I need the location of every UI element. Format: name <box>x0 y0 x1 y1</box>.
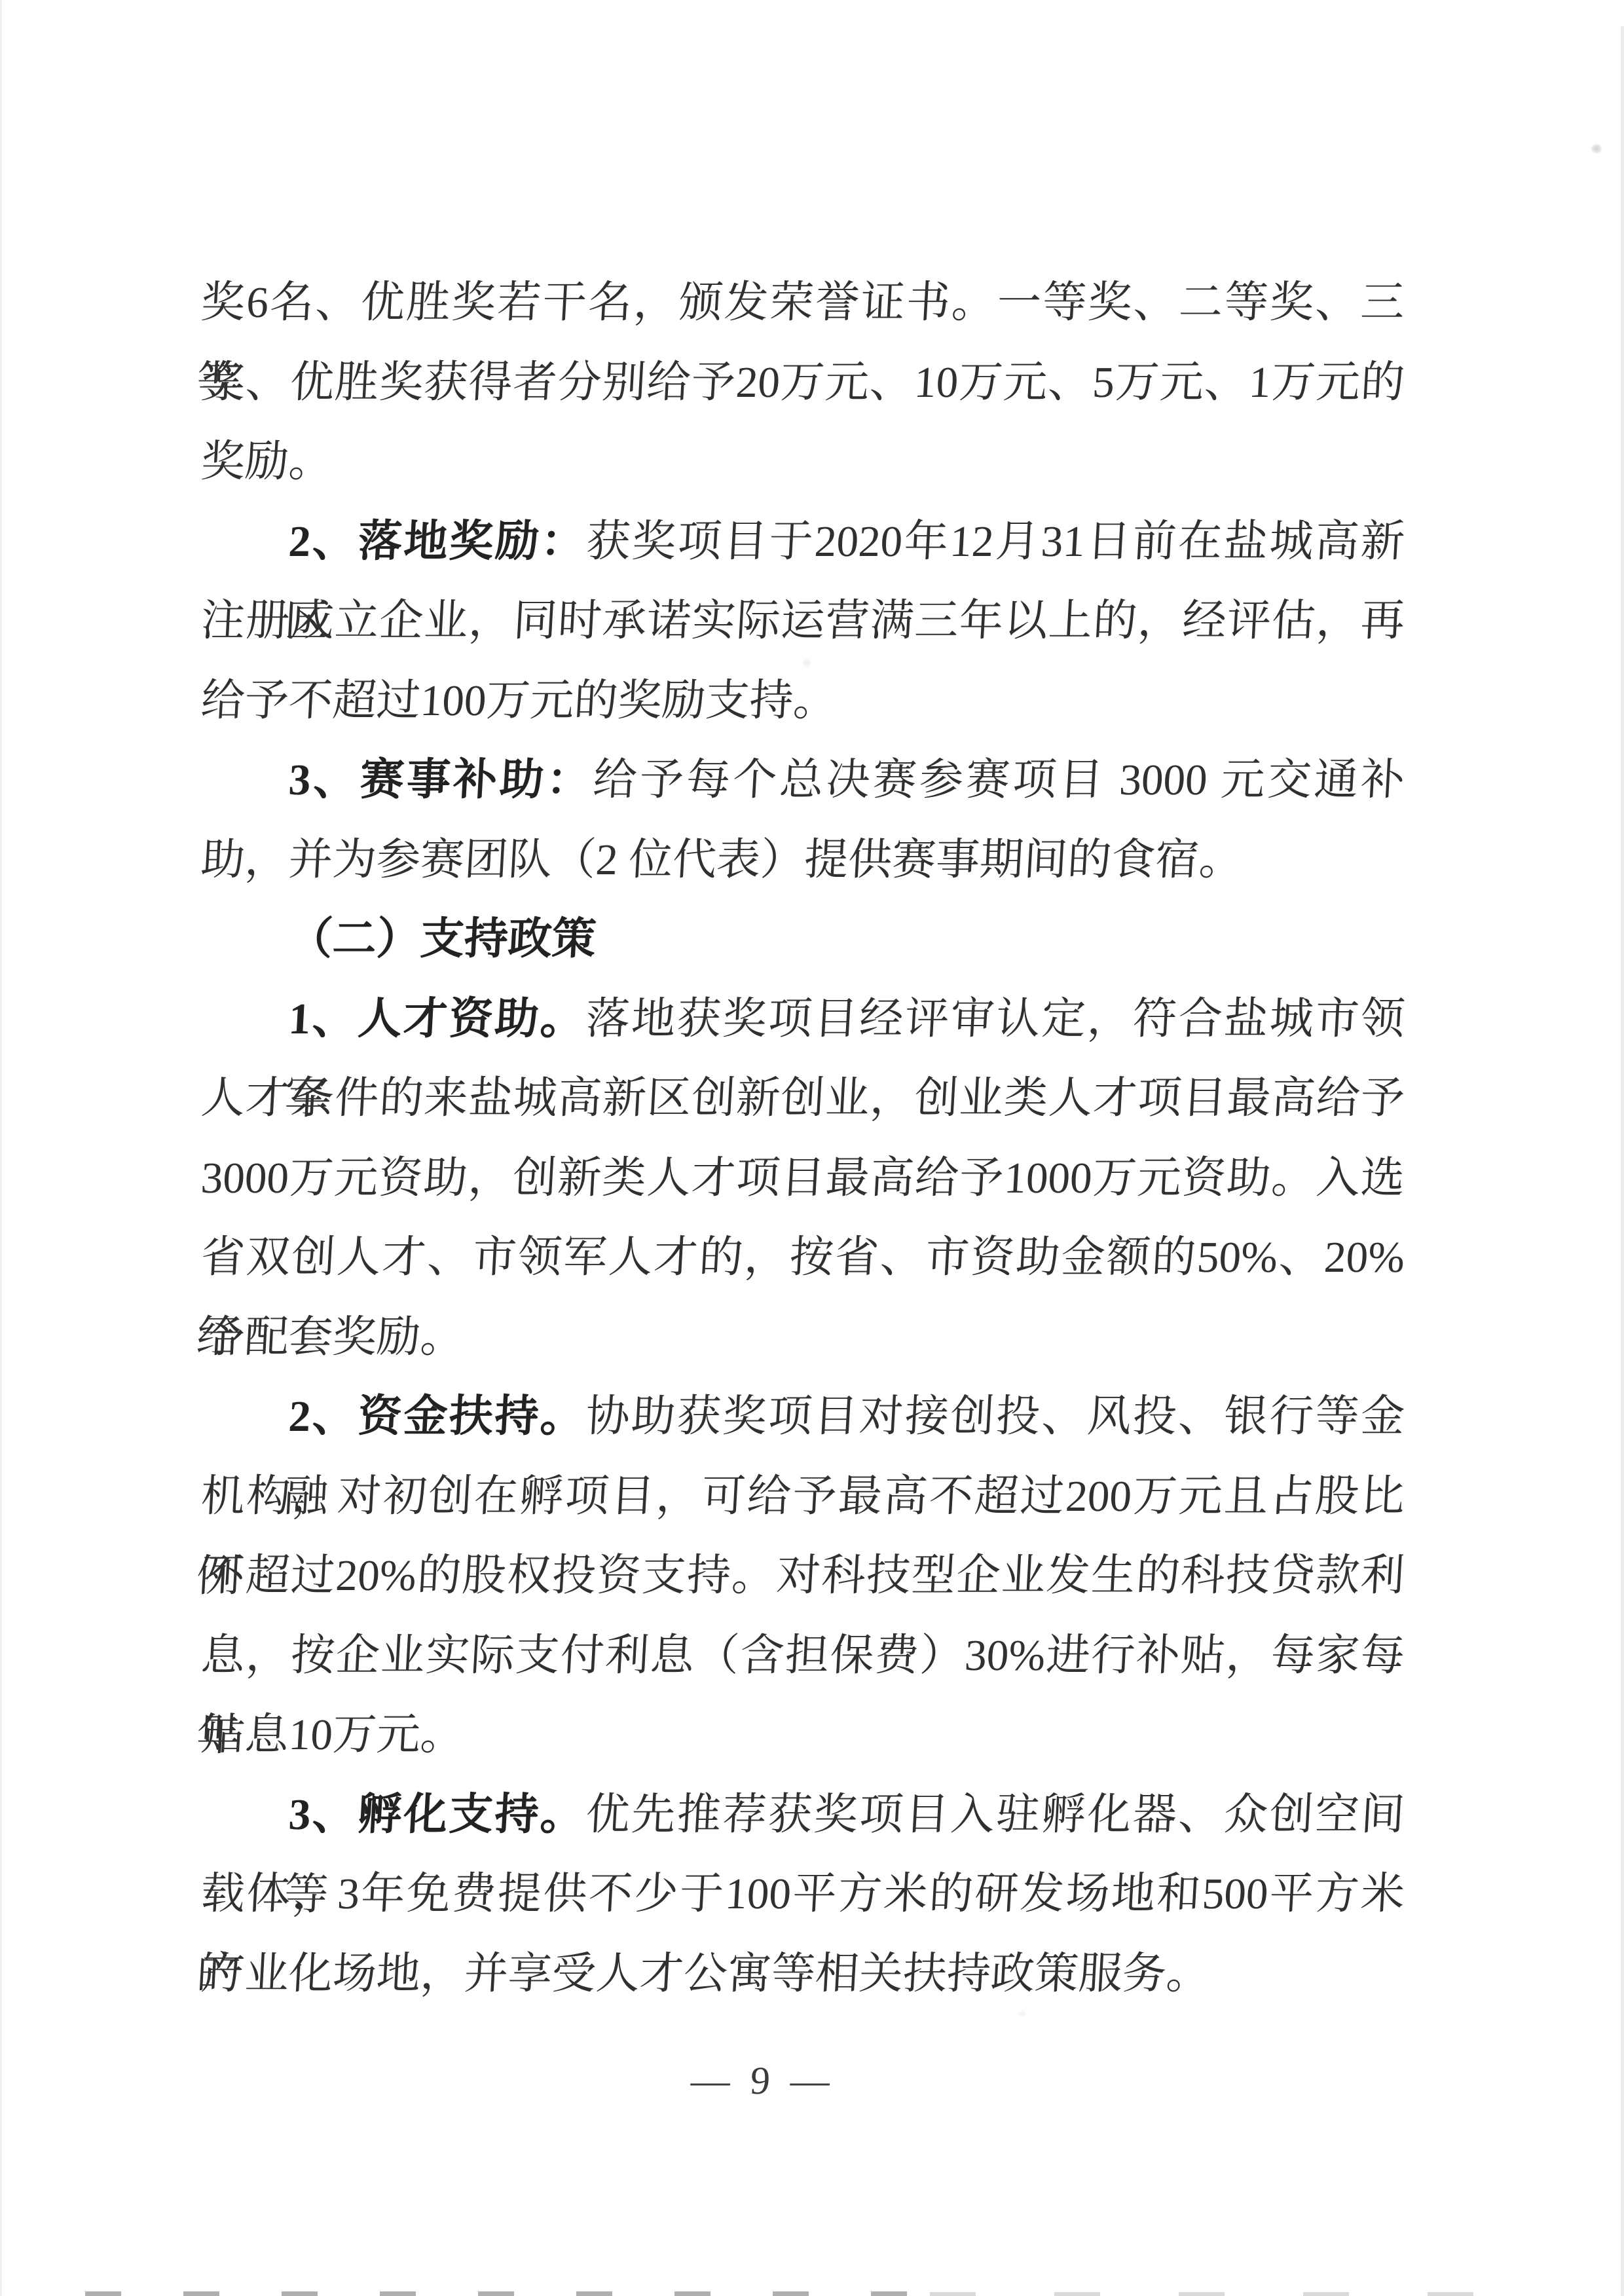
text-line: 奖、优胜奖获得者分别给予20万元、10万元、5万元、1万元的 <box>199 343 1407 423</box>
paragraph-label: 1、人才资助。 <box>287 995 587 1043</box>
text-line: 注册成立企业，同时承诺实际运营满三年以上的，经评估，再 <box>199 582 1407 661</box>
text-line: 3000万元资助，创新类人才项目最高给予1000万元资助。入选 <box>199 1139 1407 1219</box>
text-line: 3、赛事补助：给予每个总决赛参赛项目 3000 元交通补 <box>199 741 1407 821</box>
text-line: 助，并为参赛团队（2 位代表）提供赛事期间的食宿。 <box>199 821 1407 900</box>
paragraph-label: 2、资金扶持。 <box>287 1392 587 1441</box>
page-number: — 9 — <box>0 2061 1527 2100</box>
text-line: 息，按企业实际支付利息（含担保费）30%进行补贴，每家每年 <box>199 1616 1407 1696</box>
text-line: 人才条件的来盐城高新区创新创业，创业类人才项目最高给予 <box>199 1059 1407 1139</box>
text-line: 奖6名、优胜奖若干名，颁发荣誉证书。一等奖、二等奖、三等 <box>199 263 1407 343</box>
line-text: 产业化场地，并享受人才公寓等相关扶持政策服务。 <box>200 1950 1211 1998</box>
document-body: 奖6名、优胜奖若干名，颁发荣誉证书。一等奖、二等奖、三等 奖、优胜奖获得者分别给… <box>201 263 1405 2014</box>
text-line: 2、资金扶持。协助获奖项目对接创投、风投、银行等金融 <box>199 1377 1407 1457</box>
text-line: 产业化场地，并享受人才公寓等相关扶持政策服务。 <box>199 1935 1407 2014</box>
text-line: 不超过20%的股权投资支持。对科技型企业发生的科技贷款利 <box>199 1536 1407 1616</box>
scan-speck <box>802 659 811 667</box>
line-text: 奖、优胜奖获得者分别给予20万元、10万元、5万元、1万元的 <box>200 358 1406 407</box>
text-line: 贴息10万元。 <box>199 1695 1407 1775</box>
line-text: 贴息10万元。 <box>200 1711 466 1759</box>
scan-speck <box>1018 2010 1026 2017</box>
section-heading: （二）支持政策 <box>199 900 1407 980</box>
line-text: 给予每个总决赛参赛项目 3000 元交通补 <box>592 756 1406 804</box>
text-line: 省双创人才、市领军人才的，按省、市资助金额的50%、20%给 <box>199 1218 1407 1298</box>
line-text: 不超过20%的股权投资支持。对科技型企业发生的科技贷款利 <box>200 1551 1406 1600</box>
scanned-document-page: 奖6名、优胜奖若干名，颁发荣誉证书。一等奖、二等奖、三等 奖、优胜奖获得者分别给… <box>0 0 1624 2296</box>
text-line: 予配套奖励。 <box>199 1298 1407 1378</box>
text-line: 载体，3年免费提供不少于100平方米的研发场地和500平方米的 <box>199 1855 1407 1935</box>
line-text: 奖励。 <box>200 437 334 486</box>
paragraph-label: 3、孵化支持。 <box>287 1790 587 1839</box>
text-line: 给予不超过100万元的奖励支持。 <box>199 661 1407 741</box>
paragraph-label: 3、赛事补助： <box>287 756 595 804</box>
section-heading-text: （二）支持政策 <box>287 915 597 963</box>
text-line: 机构，对初创在孵项目，可给予最高不超过200万元且占股比例 <box>199 1457 1407 1537</box>
scan-speck <box>1591 144 1602 153</box>
text-line: 2、落地奖励：获奖项目于2020年12月31日前在盐城高新区 <box>199 502 1407 582</box>
line-text: 3000万元资助，创新类人才项目最高给予1000万元资助。入选 <box>200 1154 1406 1202</box>
text-line: 3、孵化支持。优先推荐获奖项目入驻孵化器、众创空间等 <box>199 1775 1407 1855</box>
paragraph-label: 2、落地奖励： <box>287 517 588 566</box>
scan-edge-artifact <box>85 2291 910 2296</box>
scan-edge-left <box>0 0 2 2296</box>
line-text: 予配套奖励。 <box>200 1313 466 1361</box>
line-text: 注册成立企业，同时承诺实际运营满三年以上的，经评估，再 <box>200 597 1406 645</box>
text-line: 奖励。 <box>199 422 1407 502</box>
text-line: 1、人才资助。落地获奖项目经评审认定，符合盐城市领军 <box>199 980 1407 1060</box>
scan-edge-artifact <box>930 2292 1539 2296</box>
line-text: 助，并为参赛团队（2 位代表）提供赛事期间的食宿。 <box>200 836 1244 884</box>
line-text: 给予不超过100万元的奖励支持。 <box>200 676 839 725</box>
scan-edge-right <box>1621 26 1624 2296</box>
line-text: 人才条件的来盐城高新区创新创业，创业类人才项目最高给予 <box>200 1074 1406 1122</box>
